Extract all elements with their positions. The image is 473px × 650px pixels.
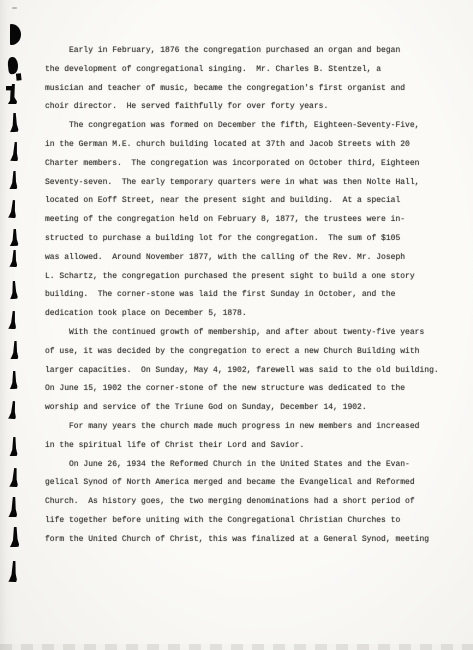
text-line: of use, it was decided by the congregati… xyxy=(45,343,455,362)
binding-mark-icon xyxy=(7,57,19,75)
binding-mark-icon xyxy=(9,437,19,456)
binding-mark-icon xyxy=(9,171,19,189)
text-line: life together before uniting with the Co… xyxy=(45,512,455,531)
text-line: building. The corner-stone was laid the … xyxy=(45,286,455,305)
binding-mark-icon xyxy=(9,527,22,547)
text-line: Early in February, 1876 the congregation… xyxy=(45,42,455,61)
text-line: For many years the church made much prog… xyxy=(45,418,455,437)
scan-noise-band xyxy=(0,644,473,650)
binding-mark-icon xyxy=(8,401,19,419)
binding-mark-icon xyxy=(6,84,18,104)
text-line: On June 15, 1902 the corner-stone of the… xyxy=(45,380,455,399)
binding-mark-icon xyxy=(9,371,20,389)
text-line: choir director. He served faithfully for… xyxy=(45,98,455,117)
binding-mark-icon xyxy=(9,468,21,487)
text-line: With the continued growth of membership,… xyxy=(45,324,455,343)
text-line: Seventy-seven. The early temporary quart… xyxy=(45,174,455,193)
text-line: L. Schartz, the congregation purchased t… xyxy=(45,268,455,287)
text-line: in the German M.E. church building locat… xyxy=(45,136,455,155)
text-line: meeting of the congregation held on Febr… xyxy=(45,211,455,230)
text-line: in the spiritual life of Christ their Lo… xyxy=(45,437,455,456)
binding-mark-icon xyxy=(10,24,21,45)
document-text: Early in February, 1876 the congregation… xyxy=(45,42,455,550)
binding-mark-icon xyxy=(8,497,19,517)
binding-mark-icon xyxy=(8,311,19,329)
text-line: located on Eoff Street, near the present… xyxy=(45,192,455,211)
binding-mark-icon xyxy=(9,250,19,267)
binding-mark-icon xyxy=(9,229,21,246)
text-line: On June 26, 1934 the Reformed Church in … xyxy=(45,456,455,475)
text-line: larger capacities. On Sunday, May 4, 190… xyxy=(45,362,455,381)
binding-mark-icon xyxy=(8,200,19,218)
binding-mark-icon xyxy=(8,561,19,582)
scan-speck xyxy=(12,7,17,9)
text-line: form the United Church of Christ, this w… xyxy=(45,531,455,550)
text-line: worship and service of the Triune God on… xyxy=(45,399,455,418)
binding-mark-icon xyxy=(9,113,21,133)
text-line: the development of congregational singin… xyxy=(45,61,455,80)
text-line: Charter members. The congregation was in… xyxy=(45,155,455,174)
binding-mark-icon xyxy=(10,341,20,359)
text-line: gelical Synod of North America merged an… xyxy=(45,474,455,493)
binding-mark-icon xyxy=(8,281,19,300)
text-line: The congregation was formed on December … xyxy=(45,117,455,136)
text-line: dedication took place on December 5, 187… xyxy=(45,305,455,324)
text-line: Church. As history goes, the two merging… xyxy=(45,493,455,512)
scanned-document-page: Early in February, 1876 the congregation… xyxy=(0,0,473,650)
text-line: was allowed. Around November 1877, with … xyxy=(45,249,455,268)
text-line: structed to purchase a building lot for … xyxy=(45,230,455,249)
binding-mark-icon xyxy=(10,142,21,161)
text-line: musician and teacher of music, became th… xyxy=(45,80,455,99)
